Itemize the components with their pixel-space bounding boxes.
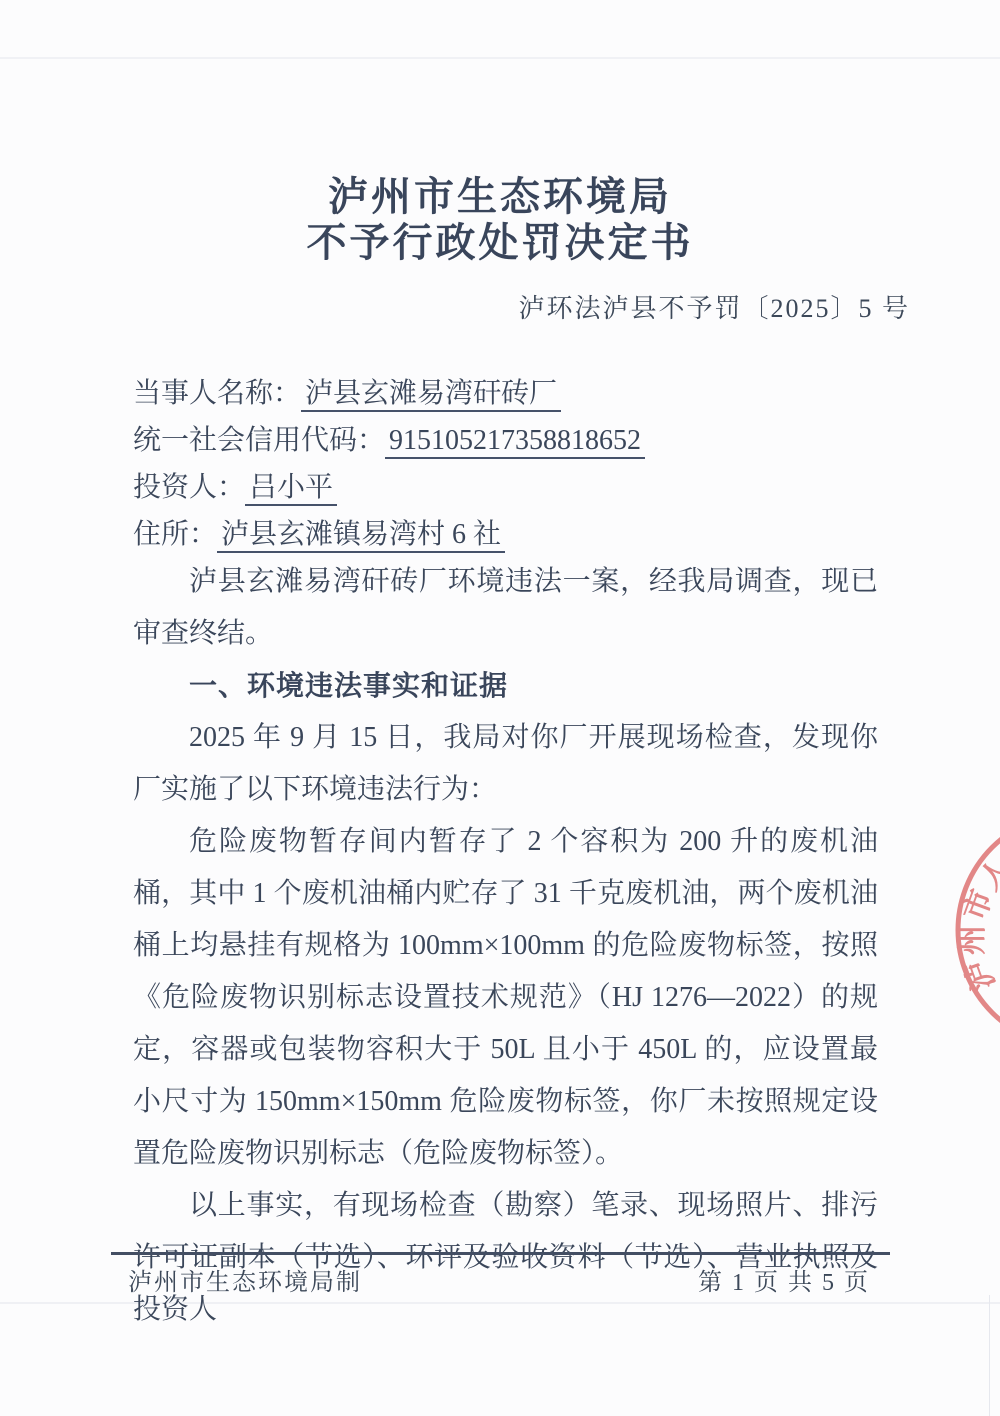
credit-code-value: 915105217358818652: [385, 425, 645, 459]
scan-artifact-top: [0, 57, 1000, 59]
party-name-value: 泸县玄滩易湾矸砖厂: [301, 378, 561, 412]
credit-code-label: 统一社会信用代码：: [133, 425, 385, 456]
address-value: 泸县玄滩镇易湾村 6 社: [217, 519, 505, 553]
paragraph-inspection: 2025 年 9 月 15 日，我局对你厂开展现场检查，发现你厂实施了以下环境违…: [133, 712, 878, 816]
document-page: 泸州市生态环境局 不予行政处罚决定书 泸环法泸县不予罚〔2025〕5 号 当事人…: [0, 0, 1000, 1416]
page-footer: 泸州市生态环境局制 第 1 页 共 5 页: [128, 1262, 870, 1297]
paragraph-intro: 泸县玄滩易湾矸砖厂环境违法一案，经我局调查，现已审查终结。: [133, 556, 878, 660]
parties-section: 当事人名称：泸县玄滩易湾矸砖厂 统一社会信用代码：915105217358818…: [133, 370, 880, 558]
body-text: 泸县玄滩易湾矸砖厂环境违法一案，经我局调查，现已审查终结。 一、环境违法事实和证…: [133, 556, 878, 1336]
document-number: 泸环法泸县不予罚〔2025〕5 号: [518, 288, 910, 325]
document-title-line1: 泸州市生态环境局: [0, 174, 1000, 220]
section1-heading: 一、环境违法事实和证据: [133, 660, 878, 712]
footer-issuer: 泸州市生态环境局制: [128, 1262, 362, 1297]
seal-char-4: 泸: [960, 955, 1000, 994]
investor-label: 投资人：: [133, 472, 245, 503]
footer-pagination: 第 1 页 共 5 页: [698, 1262, 870, 1297]
scan-artifact-edge: [989, 1295, 990, 1416]
investor-row: 投资人：吕小平: [133, 464, 880, 511]
party-name-label: 当事人名称：: [133, 378, 301, 409]
seal-char-3: 州: [956, 925, 989, 955]
address-row: 住所：泸县玄滩镇易湾村 6 社: [133, 511, 880, 558]
document-title: 泸州市生态环境局 不予行政处罚决定书: [0, 174, 1000, 266]
official-seal-stamp: 人 市 州 泸: [940, 800, 1000, 1060]
paragraph-evidence: 以上事实，有现场检查（勘察）笔录、现场照片、排污许可证副本（节选）、环评及验收资…: [133, 1180, 878, 1336]
footer-rule: [111, 1252, 890, 1255]
paragraph-violation: 危险废物暂存间内暂存了 2 个容积为 200 升的废机油桶，其中 1 个废机油桶…: [133, 816, 878, 1180]
address-label: 住所：: [133, 519, 217, 550]
investor-value: 吕小平: [245, 472, 337, 506]
party-name-row: 当事人名称：泸县玄滩易湾矸砖厂: [133, 370, 880, 417]
document-title-line2: 不予行政处罚决定书: [0, 220, 1000, 266]
credit-code-row: 统一社会信用代码：915105217358818652: [133, 417, 880, 464]
